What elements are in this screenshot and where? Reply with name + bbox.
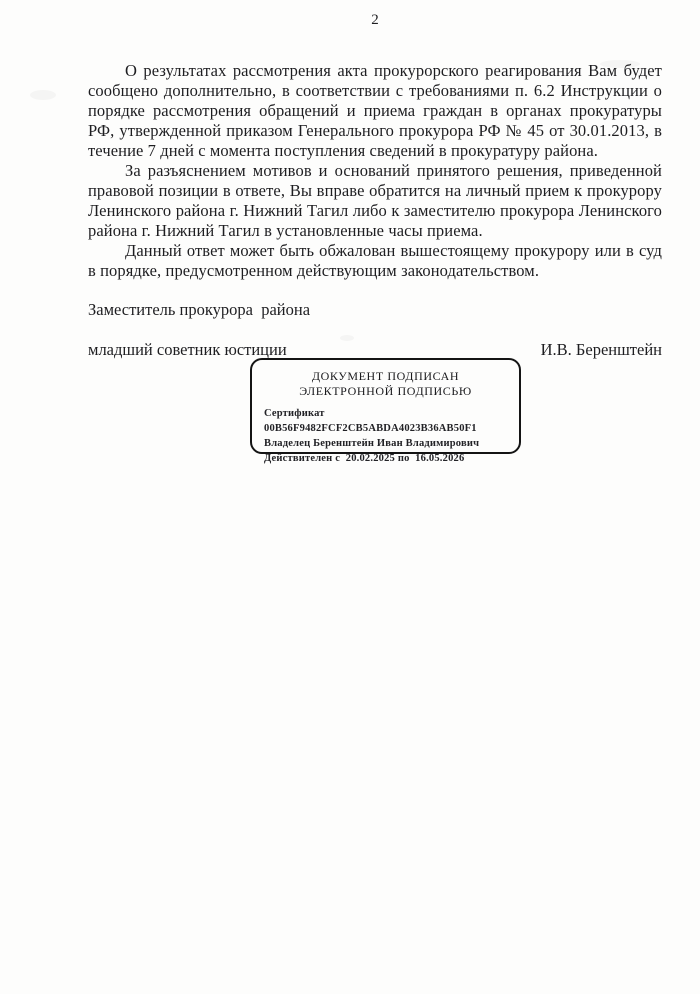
document-page: 2 О результатах рассмотрения акта прокур… — [0, 0, 700, 994]
stamp-title-line1: ДОКУМЕНТ ПОДПИСАН — [264, 369, 507, 384]
letter-body: О результатах рассмотрения акта прокурор… — [88, 61, 662, 281]
page-content: 2 О результатах рассмотрения акта прокур… — [88, 12, 662, 360]
signer-name: И.В. Беренштейн — [541, 340, 662, 360]
signature-block: Заместитель прокурора района младший сов… — [88, 300, 662, 360]
stamp-title-line2: ЭЛЕКТРОННОЙ ПОДПИСЬЮ — [264, 384, 507, 399]
paragraph-appeal-rights: Данный ответ может быть обжалован вышест… — [88, 241, 662, 281]
page-number: 2 — [88, 12, 662, 29]
signer-rank: младший советник юстиции — [88, 340, 287, 360]
stamp-owner-line: Владелец Беренштейн Иван Владимирович — [264, 436, 507, 451]
signer-position: Заместитель прокурора района — [88, 300, 662, 320]
paragraph-results-notification: О результатах рассмотрения акта прокурор… — [88, 61, 662, 161]
stamp-validity-line: Действителен с 20.02.2025 по 16.05.2026 — [264, 451, 507, 466]
paragraph-personal-reception: За разъяснением мотивов и оснований прин… — [88, 161, 662, 241]
stamp-title: ДОКУМЕНТ ПОДПИСАН ЭЛЕКТРОННОЙ ПОДПИСЬЮ — [264, 369, 507, 399]
stamp-details: Сертификат 00B56F9482FCF2CB5ABDA4023B36A… — [264, 406, 507, 466]
signature-row: младший советник юстиции И.В. Беренштейн — [88, 340, 662, 360]
scan-smudge — [30, 90, 56, 100]
stamp-certificate-line: Сертификат 00B56F9482FCF2CB5ABDA4023B36A… — [264, 406, 507, 436]
electronic-signature-stamp: ДОКУМЕНТ ПОДПИСАН ЭЛЕКТРОННОЙ ПОДПИСЬЮ С… — [250, 358, 521, 454]
